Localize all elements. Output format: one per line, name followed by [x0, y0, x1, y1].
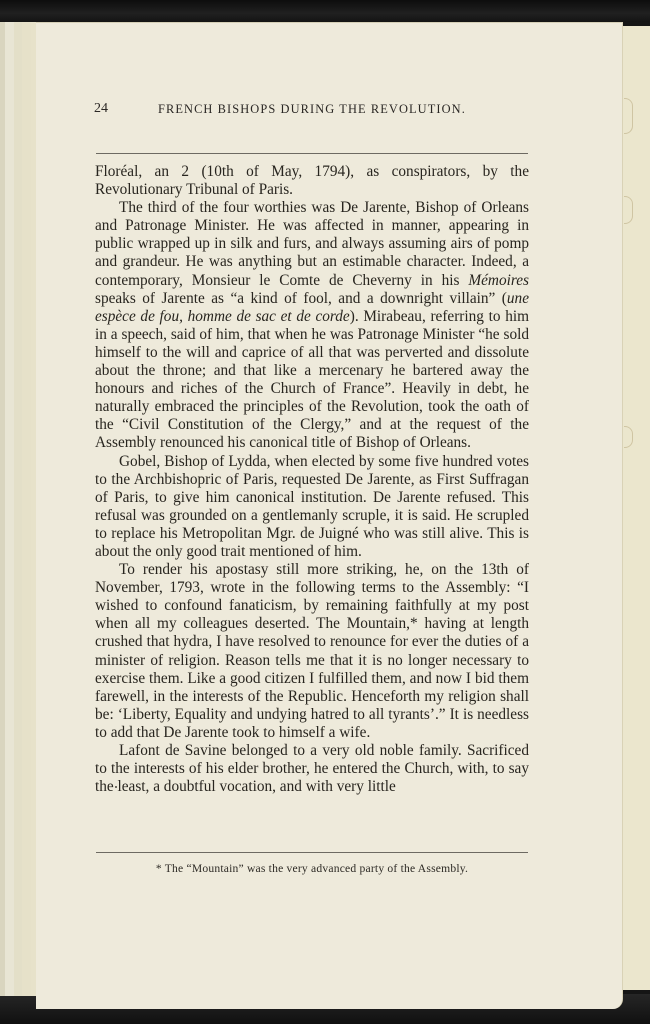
- paragraph-text: ). Mirabeau, referring to him in a speec…: [95, 308, 529, 452]
- scanner-background-top: [0, 0, 650, 22]
- show-through-mark: [624, 98, 633, 134]
- ink-speck: [115, 786, 117, 788]
- running-head-title: FRENCH BISHOPS DURING THE REVOLUTION.: [158, 102, 466, 117]
- page-number: 24: [94, 101, 108, 117]
- show-through-mark: [624, 196, 633, 224]
- adjacent-page-edge: [621, 26, 650, 990]
- paragraph-text: The third of the four worthies was De Ja…: [95, 199, 529, 288]
- footnote-rule: [96, 852, 528, 853]
- paragraph: To render his apostasy still more striki…: [95, 561, 529, 742]
- paragraph: The third of the four worthies was De Ja…: [95, 199, 529, 452]
- show-through-mark: [624, 426, 633, 448]
- paragraph: Floréal, an 2 (10th of May, 1794), as co…: [95, 163, 529, 199]
- paragraph: Gobel, Bishop of Lydda, when elected by …: [95, 453, 529, 562]
- footnote: * The “Mountain” was the very advanced p…: [95, 862, 529, 875]
- running-head: 24 FRENCH BISHOPS DURING THE REVOLUTION.: [94, 101, 528, 121]
- header-rule: [96, 153, 528, 154]
- book-scan: 24 FRENCH BISHOPS DURING THE REVOLUTION.…: [0, 0, 650, 1024]
- paragraph: Lafont de Savine belonged to a very old …: [95, 742, 529, 796]
- paragraph-text: speaks of Jarente as “a kind of fool, an…: [95, 290, 507, 307]
- body-text: Floréal, an 2 (10th of May, 1794), as co…: [95, 163, 529, 796]
- italic-title: Mémoires: [468, 272, 529, 289]
